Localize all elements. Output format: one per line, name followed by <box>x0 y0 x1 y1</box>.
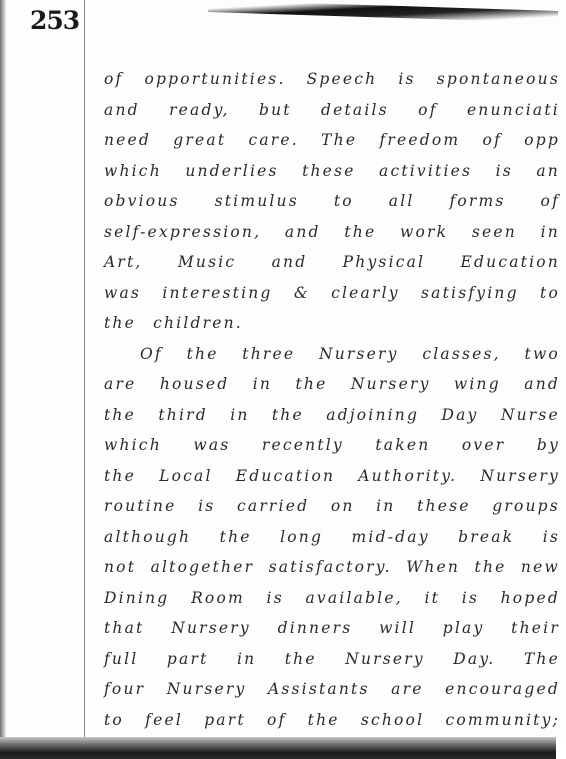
word: these <box>417 491 471 522</box>
word: Nurse <box>501 400 560 431</box>
word: opportunities. <box>144 64 285 95</box>
word: but <box>259 95 292 126</box>
scan-shadow-bottom <box>0 737 556 759</box>
word: of <box>267 705 286 736</box>
margin-rule <box>84 0 85 740</box>
word: the <box>475 552 507 583</box>
word: stimulus <box>215 186 299 217</box>
text-line: fullpartintheNurseryDay.The <box>104 644 560 675</box>
word: in <box>237 644 256 675</box>
word: that <box>104 613 144 644</box>
text-line: Art,MusicandPhysicalEducation <box>104 247 560 278</box>
word: the <box>220 522 252 553</box>
word: Nursery <box>171 613 251 644</box>
word: is <box>398 64 415 95</box>
word: Education <box>461 247 560 278</box>
scan-shadow-top <box>208 0 558 23</box>
word: Physical <box>343 247 426 278</box>
word: taken <box>375 430 430 461</box>
manuscript-page: 253 ofopportunities.Speechisspontaneousa… <box>0 0 566 759</box>
word: groups <box>492 491 560 522</box>
word: satisfactory. <box>269 552 392 583</box>
word: and <box>524 369 560 400</box>
word: Local <box>159 461 213 492</box>
word: details <box>321 95 389 126</box>
word: Authority. <box>358 461 457 492</box>
word: dinners <box>278 613 353 644</box>
word: in <box>230 400 249 431</box>
word: Nursery <box>480 461 560 492</box>
text-line: wasinteresting&clearlysatisfyingto <box>104 278 560 309</box>
word: of <box>541 186 560 217</box>
word: great <box>173 125 226 156</box>
word: Day. <box>453 644 495 675</box>
word: Music <box>178 247 236 278</box>
word: Dining <box>104 583 169 614</box>
word: over <box>462 430 505 461</box>
word: will <box>379 613 416 644</box>
word: Day <box>441 400 478 431</box>
word: the <box>104 461 136 492</box>
text-line: thethirdintheadjoiningDayNurse <box>104 400 560 431</box>
word: hoped <box>501 583 560 614</box>
word: care. <box>248 125 298 156</box>
word: opp <box>524 125 560 156</box>
word: is <box>543 522 560 553</box>
word: of <box>418 95 437 126</box>
word: routine <box>104 491 176 522</box>
text-line: OfthethreeNurseryclasses,two <box>104 339 560 370</box>
word: was <box>104 278 141 309</box>
word: although <box>104 522 191 553</box>
word: Nursery <box>167 674 247 705</box>
text-line: theLocalEducationAuthority.Nursery <box>104 461 560 492</box>
text-line: althoughthelongmid-daybreakis <box>104 522 560 553</box>
binding-edge <box>0 0 6 740</box>
word: break <box>458 522 514 553</box>
text-line: notaltogethersatisfactory.Whenthenew <box>104 552 560 583</box>
word: carried <box>237 491 309 522</box>
word: the <box>187 339 219 370</box>
word: Education <box>236 461 335 492</box>
word: which <box>104 430 162 461</box>
word: work <box>400 217 448 248</box>
text-line: routineiscarriedoninthesegroups <box>104 491 560 522</box>
word: part <box>204 705 246 736</box>
word: self-expression, <box>104 217 261 248</box>
word: two <box>525 339 560 370</box>
page-number: 253 <box>30 6 79 35</box>
word: is <box>496 156 513 187</box>
word: in <box>253 369 272 400</box>
word: and <box>272 247 308 278</box>
text-line: whichunderliestheseactivitiesisan <box>104 156 560 187</box>
text-line: andready,butdetailsofenunciati <box>104 95 560 126</box>
word: ready, <box>169 95 230 126</box>
word: spontaneous <box>437 64 560 95</box>
word: Assistants <box>268 674 370 705</box>
word: the <box>296 369 328 400</box>
word: The <box>524 644 560 675</box>
word: the <box>285 644 317 675</box>
word: part <box>167 644 209 675</box>
text-line: ofopportunities.Speechisspontaneous <box>104 64 560 95</box>
word: of <box>483 125 502 156</box>
word: activities <box>379 156 472 187</box>
word: play <box>443 613 485 644</box>
word: wing <box>454 369 501 400</box>
text-line: DiningRoomisavailable,itishoped <box>104 583 560 614</box>
word: four <box>104 674 145 705</box>
word: on <box>331 491 355 522</box>
handwritten-text-block: ofopportunities.Speechisspontaneousandre… <box>104 64 560 735</box>
word: adjoining <box>326 400 419 431</box>
text-line: needgreatcare.Thefreedomofopp <box>104 125 560 156</box>
word: Of <box>140 339 163 370</box>
word: are <box>391 674 423 705</box>
word: is <box>267 583 284 614</box>
text-line: tofeelpartoftheschoolcommunity; <box>104 705 560 736</box>
word: community; <box>445 705 560 736</box>
word: all <box>389 186 415 217</box>
word: long <box>280 522 323 553</box>
word: and <box>104 95 140 126</box>
word: Room <box>191 583 245 614</box>
word: the <box>308 705 340 736</box>
word: altogether <box>151 552 255 583</box>
word: satisfying <box>421 278 519 309</box>
text-line: fourNurseryAssistantsareencouraged <box>104 674 560 705</box>
word: third <box>158 400 208 431</box>
word: underlies <box>185 156 278 187</box>
word: Nursery <box>351 369 431 400</box>
word: the <box>272 400 304 431</box>
word: seen <box>472 217 517 248</box>
text-line: the children. <box>104 308 560 339</box>
word: by <box>537 430 560 461</box>
word: & <box>294 278 310 309</box>
word: to <box>104 705 124 736</box>
word: the <box>104 400 136 431</box>
word: to <box>334 186 354 217</box>
word: was <box>193 430 230 461</box>
word: three <box>242 339 295 370</box>
word: an <box>536 156 560 187</box>
text-line: thatNurserydinnerswillplaytheir <box>104 613 560 644</box>
word: is <box>198 491 215 522</box>
word: Speech <box>307 64 378 95</box>
word: are <box>104 369 136 400</box>
word: these <box>302 156 356 187</box>
word: freedom <box>379 125 460 156</box>
word: recently <box>262 430 344 461</box>
word: The <box>321 125 357 156</box>
word: need <box>104 125 151 156</box>
text-line: obviousstimulustoallformsof <box>104 186 560 217</box>
word: available, <box>305 583 402 614</box>
word: which <box>104 156 162 187</box>
word: new <box>521 552 560 583</box>
word: in <box>541 217 560 248</box>
word: feel <box>145 705 183 736</box>
word: in <box>376 491 395 522</box>
word: When <box>406 552 460 583</box>
word: classes, <box>422 339 500 370</box>
word: Nursery <box>319 339 399 370</box>
word: to <box>540 278 560 309</box>
text-line: self-expression,andtheworkseenin <box>104 217 560 248</box>
word: their <box>511 613 560 644</box>
word: and <box>285 217 321 248</box>
word: school <box>361 705 424 736</box>
word: housed <box>160 369 230 400</box>
word: enunciati <box>467 95 560 126</box>
word: Nursery <box>345 644 425 675</box>
text-line: whichwasrecentlytakenoverby <box>104 430 560 461</box>
word: clearly <box>331 278 400 309</box>
word: encouraged <box>445 674 560 705</box>
word: the <box>344 217 376 248</box>
word: of <box>104 64 123 95</box>
text-line: arehousedintheNurserywingand <box>104 369 560 400</box>
word: interesting <box>162 278 272 309</box>
word: is <box>462 583 479 614</box>
word: obvious <box>104 186 180 217</box>
word: forms <box>449 186 505 217</box>
word: full <box>104 644 138 675</box>
word: Art, <box>104 247 143 278</box>
word: not <box>104 552 136 583</box>
word: it <box>424 583 440 614</box>
word: mid-day <box>352 522 430 553</box>
